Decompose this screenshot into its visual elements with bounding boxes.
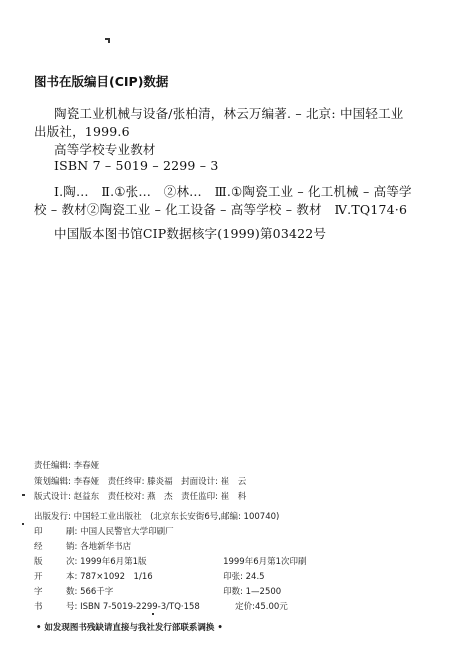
cip-title-line: 陶瓷工业机械与设备/张柏清，林云万编著. – 北京: 中国轻工业 [54,104,403,122]
pub-row-isbn: 书号: ISBN 7-5019-2299-3/TQ·158定价:45.00元 [34,600,288,612]
pub-row-printer: 印刷: 中国人民警官大学印刷厂 [34,525,174,537]
cip-isbn-line: ISBN 7 – 5019 – 2299 – 3 [54,158,219,173]
value-extra: 定价:45.00元 [235,602,288,612]
pub-row-format: 开本: 787×1092 1/16印张: 24.5 [34,570,265,582]
cip-publisher-line: 出版社，1999.6 [34,122,130,140]
value: 各地新华书店 [80,542,131,552]
credit-editor: 责任编辑: 李春娅 [34,459,99,471]
scan-mark [22,523,24,525]
label: 字 [34,585,66,597]
label: 次: [66,557,80,567]
label: 本: [66,572,80,582]
value: ISBN 7-5019-2299-3/TQ·158 [80,602,235,612]
value: 1999年6月第1版 [80,555,223,567]
value: 566千字 [80,585,223,597]
value-extra: 印张: 24.5 [223,572,265,582]
pub-row-edition: 版次: 1999年6月第1版1999年6月第1次印刷 [34,555,307,567]
cip-heading: 图书在版编目(CIP)数据 [34,72,168,90]
pub-row-wordcount: 字数: 566千字印数: 1—2500 [34,585,281,597]
value: 中国人民警官大学印刷厂 [80,527,174,537]
value-extra: 1999年6月第1次印刷 [223,557,306,567]
cip-subject-line-2: 校 – 教材②陶瓷工业 – 化工设备 – 高等学校 – 教材 Ⅳ.TQ174·6 [34,200,407,218]
label: 书 [34,600,66,612]
label: 销: [66,542,80,552]
label: 数: [66,587,80,597]
publisher-line: 出版发行: 中国轻工业出版社 (北京东长安街6号,邮编: 100740) [34,510,279,522]
cip-series-line: 高等学校专业教材 [54,140,156,158]
label: 刷: [66,527,80,537]
footer-notice: • 如发现图书残缺请直接与我社发行部联系调换 • [36,621,223,633]
pub-row-distributor: 经销: 各地新华书店 [34,540,131,552]
scan-mark [22,494,25,496]
scan-mark [152,613,154,615]
credit-planning: 策划编辑: 李春娅 责任终审: 滕炎福 封面设计: 崔 云 [34,475,246,487]
cip-record-number: 中国版本图书馆CIP数据核字(1999)第03422号 [54,224,326,242]
credit-layout: 版式设计: 赵益东 责任校对: 燕 杰 责任监印: 崔 科 [34,490,246,502]
label: 开 [34,570,66,582]
label: 经 [34,540,66,552]
label: 号: [66,602,80,612]
cip-subject-line-1: Ⅰ.陶… Ⅱ.①张… ②林… Ⅲ.①陶瓷工业 – 化工机械 – 高等学 [54,182,412,200]
scan-mark [108,40,110,43]
label: 版 [34,555,66,567]
value: 787×1092 1/16 [80,570,223,582]
value-extra: 印数: 1—2500 [223,587,281,597]
label: 印 [34,525,66,537]
